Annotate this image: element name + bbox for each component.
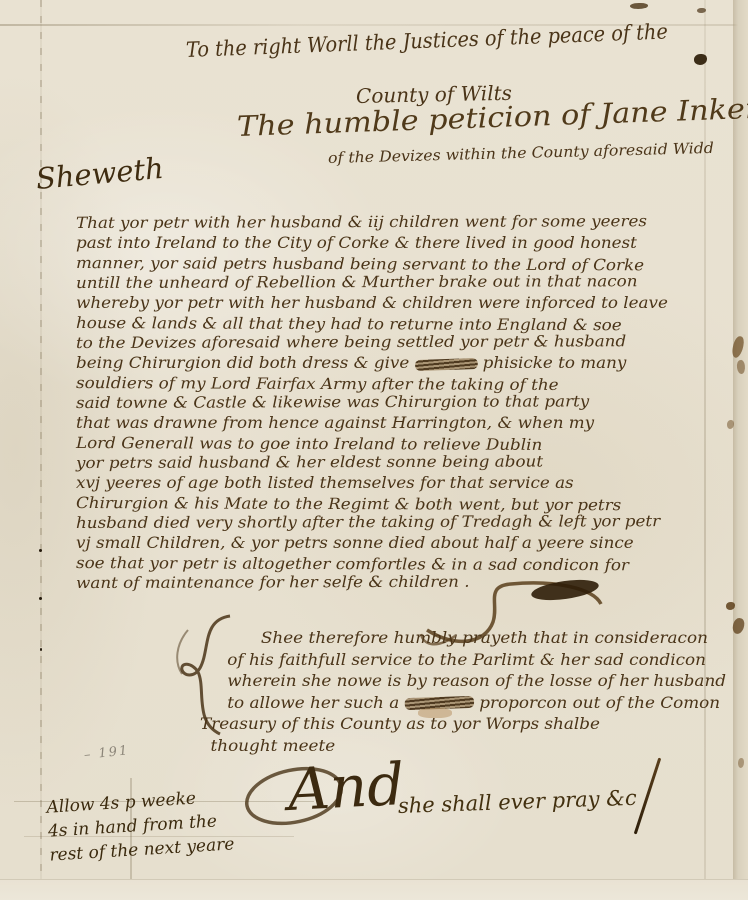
prayer-paragraph: Shee therefore humbly prayeth that in co…	[200, 628, 745, 757]
petition-body-paragraph: That yor petr with her husband & iij chi…	[76, 214, 748, 594]
closing-prayer-text: she shall ever pray &c	[398, 786, 637, 818]
body-line-with-strikeout: being Chirurgion did both dress & give p…	[76, 354, 748, 374]
ink-stain	[697, 8, 706, 13]
ink-stain	[738, 758, 744, 768]
ink-stain	[694, 54, 707, 65]
body-line: That yor petr with her husband & iij chi…	[76, 212, 748, 234]
prayer-line-part: proporcon out of the Comon	[479, 693, 720, 712]
header-petitioner-line: of the Devizes within the County aforesa…	[328, 139, 714, 167]
body-line: vj small Children, & yor petrs sonne die…	[76, 534, 748, 554]
paper-edge-bottom	[0, 879, 748, 900]
stitch-hole	[39, 597, 42, 600]
struck-out-word	[404, 696, 474, 710]
body-line: untill the unheard of Rebellion & Murthe…	[76, 272, 748, 294]
closing-slash-flourish	[634, 757, 662, 834]
body-line-part: being Chirurgion did both dress & give	[76, 354, 409, 372]
body-line-part: phisicke to many	[483, 354, 627, 372]
stitch-hole	[40, 648, 42, 651]
body-line: want of maintenance for her selfe & chil…	[76, 572, 748, 594]
closing-and-word: And	[286, 750, 406, 824]
body-line: to the Devizes aforesaid where being set…	[76, 332, 748, 354]
prayer-line-part: to allowe her such a	[227, 693, 399, 712]
pencil-archive-number: – 191	[83, 743, 130, 763]
vertical-stitch-crease	[40, 0, 42, 900]
body-line: said towne & Castle & likewise was Chiru…	[76, 392, 748, 414]
allowance-side-note: Allow 4s p weeke 4s in hand from the res…	[46, 786, 235, 869]
body-line: past into Ireland to the City of Corke &…	[76, 234, 748, 254]
prayer-line: Treasury of this County as to yor Worps …	[200, 714, 748, 736]
body-line: whereby yor petr with her husband & chil…	[76, 294, 748, 314]
ink-stain	[726, 602, 735, 610]
prayer-line: Shee therefore humbly prayeth that in co…	[200, 628, 748, 650]
ink-stain	[630, 3, 648, 9]
prayer-line: of his faithfull service to the Parlimt …	[200, 650, 748, 672]
body-line: yor petrs said husband & her eldest sonn…	[76, 452, 748, 474]
body-line: that was drawne from hence against Harri…	[76, 414, 748, 434]
prayer-line-with-strikeout: to allowe her such a proporcon out of th…	[200, 693, 748, 715]
header-address-line: To the right Worll the Justices of the p…	[186, 20, 669, 62]
body-line: husband died very shortly after the taki…	[76, 512, 748, 534]
prayer-line: thought meete	[200, 736, 748, 758]
sheweth-margin-word: Sheweth	[35, 151, 166, 196]
prayer-line: wherein she nowe is by reason of the los…	[200, 671, 748, 693]
manuscript-photo: To the right Worll the Justices of the p…	[0, 0, 748, 900]
struck-out-word	[414, 357, 477, 370]
body-line: xvj yeeres of age both listed themselves…	[76, 474, 748, 494]
stitch-hole	[39, 549, 42, 552]
